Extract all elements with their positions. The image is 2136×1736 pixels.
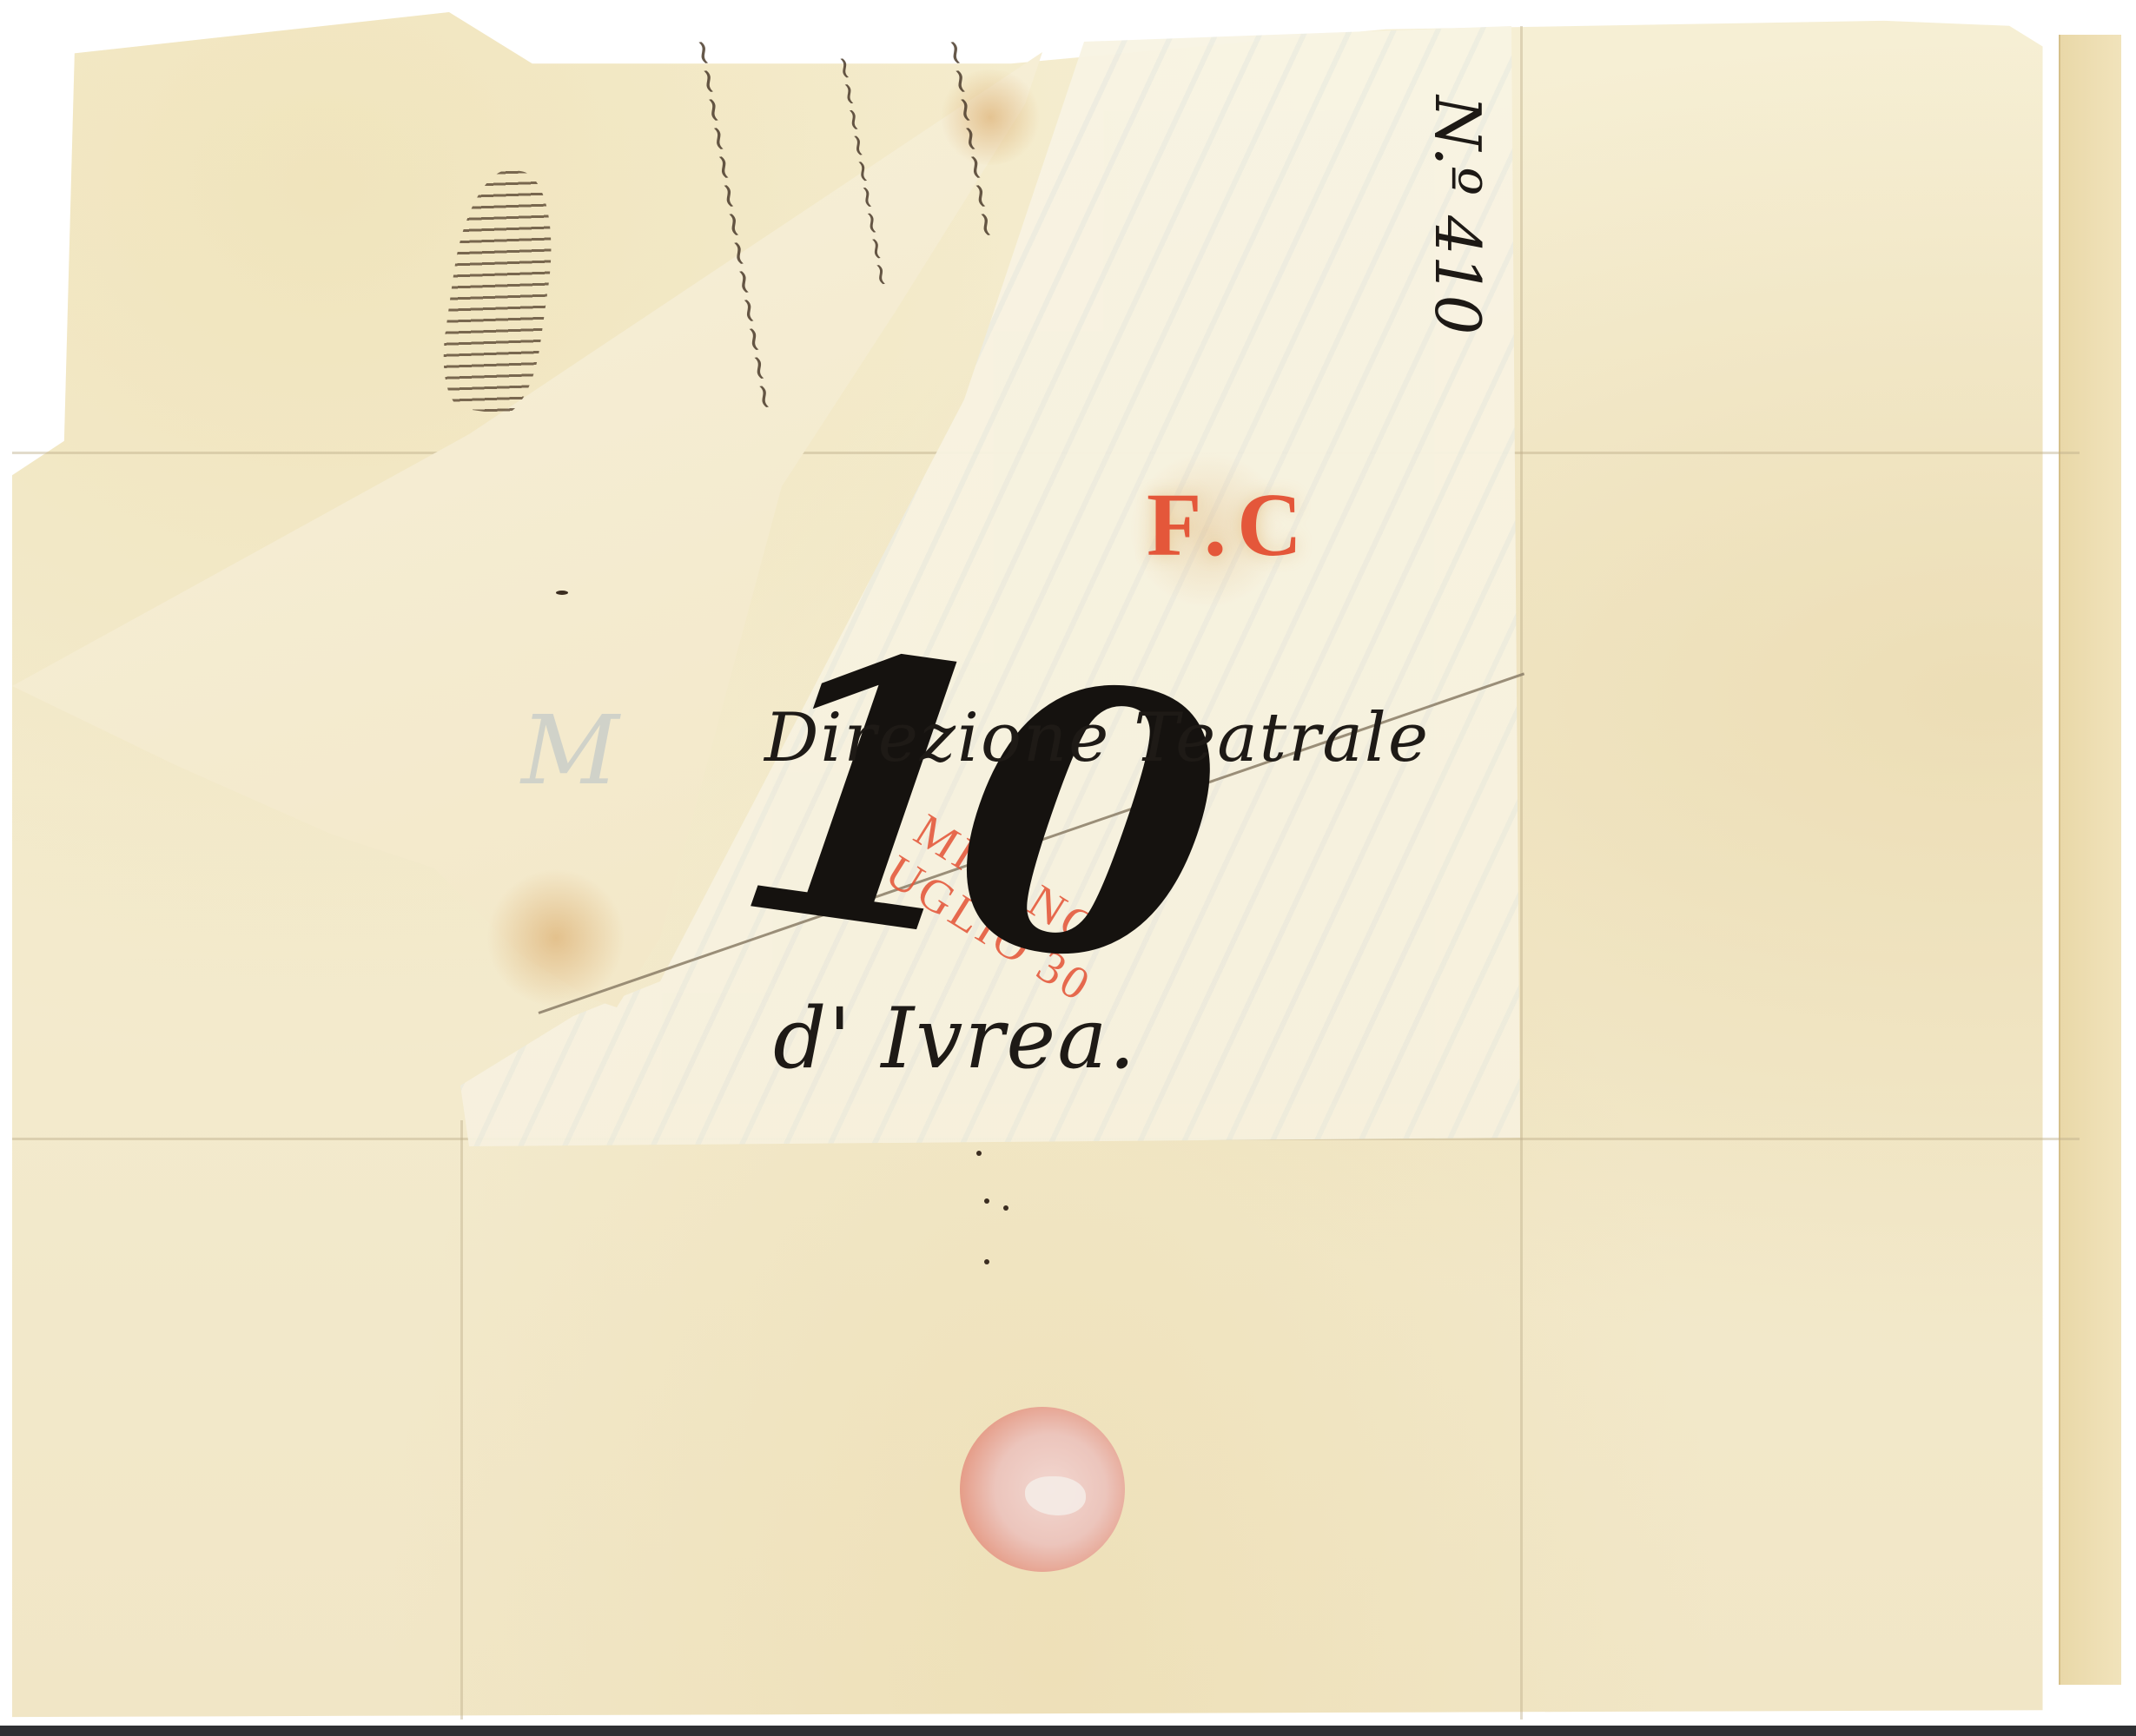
- fold-line: [1520, 26, 1523, 1719]
- address-line-2: d' Ivrea.: [773, 990, 1137, 1087]
- ink-speck: [984, 1198, 989, 1204]
- ink-speck: [984, 1259, 989, 1264]
- sheet-right-edge: [2059, 35, 2121, 1685]
- scanner-edge-strip: [0, 1726, 2136, 1736]
- fc-handstamp: F.C: [1147, 473, 1313, 577]
- foxing-stain: [486, 868, 625, 1007]
- bleed-through-text: M: [521, 695, 619, 806]
- address-line-1: Direzione Teatrale: [764, 699, 1430, 777]
- rate-marking: 10: [719, 597, 1204, 1019]
- ink-speck: [1003, 1205, 1008, 1211]
- ink-speck: [976, 1151, 982, 1156]
- fold-line: [460, 1120, 463, 1719]
- docket-number: N.º 410: [1421, 96, 1494, 334]
- ink-speck: [556, 591, 568, 595]
